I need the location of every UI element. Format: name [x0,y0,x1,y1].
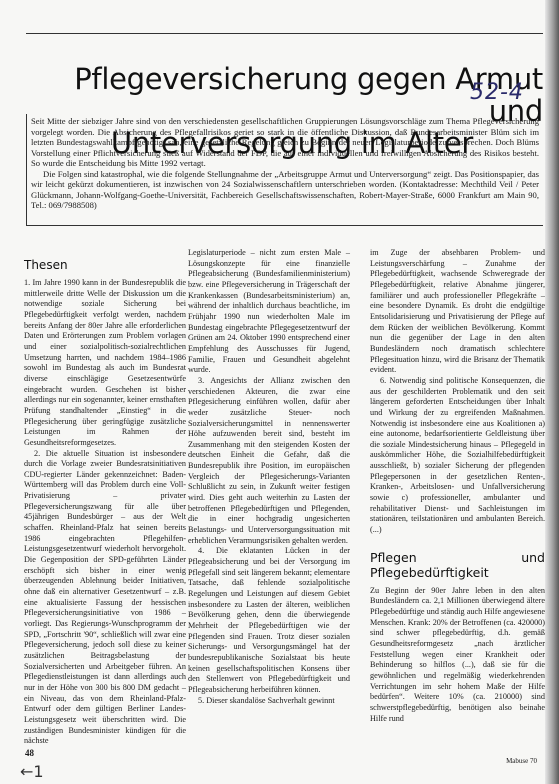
thesis-5: 5. Dieser skandalöse Sachverhalt gewinnt [188,696,350,707]
section-heading-pflegen: Pflegen und Pflegebedürftigkeit [370,550,545,580]
intro-paragraph-2: Die Folgen sind katastrophal, wie die fo… [31,169,539,211]
section-heading-thesen: Thesen [24,258,186,272]
thesis-5-continued: im Zuge der absehbaren Problem- und Leis… [370,248,545,376]
thesis-2-continued: Legislaturperiode – nicht zum ersten Mal… [188,248,350,376]
intro-box: Seit Mitte der siebziger Jahre sind von … [26,114,543,226]
column-1: Thesen 1. Im Jahre 1990 kann in der Bund… [24,258,186,747]
publication-footer: Mabuse 70 [506,757,537,765]
column-3: im Zuge der absehbaren Problem- und Leis… [370,248,545,724]
thesis-3: 3. Angesichts der Allianz zwischen den v… [188,376,350,547]
page-number: 48 [25,748,34,758]
handwritten-corner-mark: ←1 [20,762,44,781]
thesis-2: 2. Die aktuelle Situation ist insbesonde… [24,449,186,747]
thesis-1: 1. Im Jahre 1990 kann in der Bundesrepub… [24,278,186,449]
top-rule-divider [26,33,543,34]
column-2: Legislaturperiode – nicht zum ersten Mal… [188,248,350,706]
thesis-6: 6. Notwendig sind politische Konsequenze… [370,376,545,536]
pflegen-paragraph-1: Zu Beginn der 90er Jahre leben in den al… [370,586,545,725]
intro-paragraph-1: Seit Mitte der siebziger Jahre sind von … [31,116,539,169]
document-page: Pflegeversicherung gegen Armut und Unter… [0,0,559,784]
scan-edge-shadow [545,0,559,784]
thesis-4: 4. Die eklatanten Lücken in der Pflegeab… [188,546,350,695]
handwritten-annotation: 52-4 [470,80,524,105]
